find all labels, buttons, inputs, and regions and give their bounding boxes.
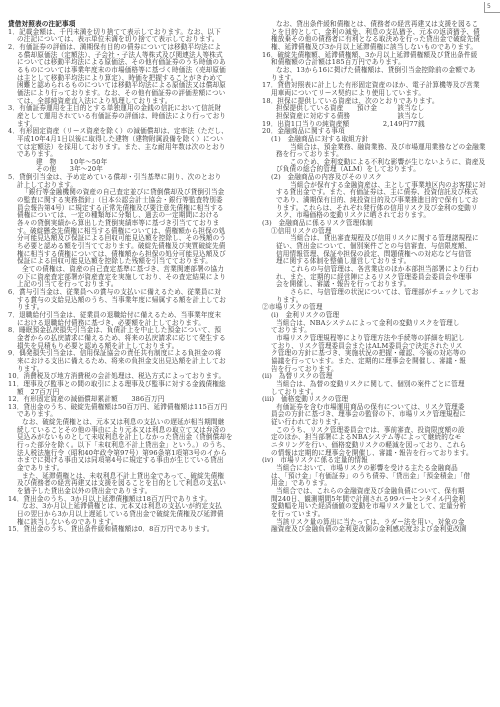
left-column: 貸借対照表の注記事項1．記載金額は、千円未満を切り捨てて表示しております。なお、…	[8, 21, 238, 534]
right-column: なお、貸出条件緩和債権とは、債務者の経営再建又は支援を図ることを目的として、金利…	[262, 21, 492, 534]
text-line: 15．貸出金のうち、貸出条件緩和債権額は0．8百万円であります。	[8, 526, 238, 534]
text-line: 融資産及び金融負債の金利更改園の金利感応度および金利更改園	[262, 526, 492, 534]
text-line: 産として運用されている有価証券の評価は、時価法により行っており	[8, 113, 238, 121]
page-number: 5	[484, 2, 500, 13]
